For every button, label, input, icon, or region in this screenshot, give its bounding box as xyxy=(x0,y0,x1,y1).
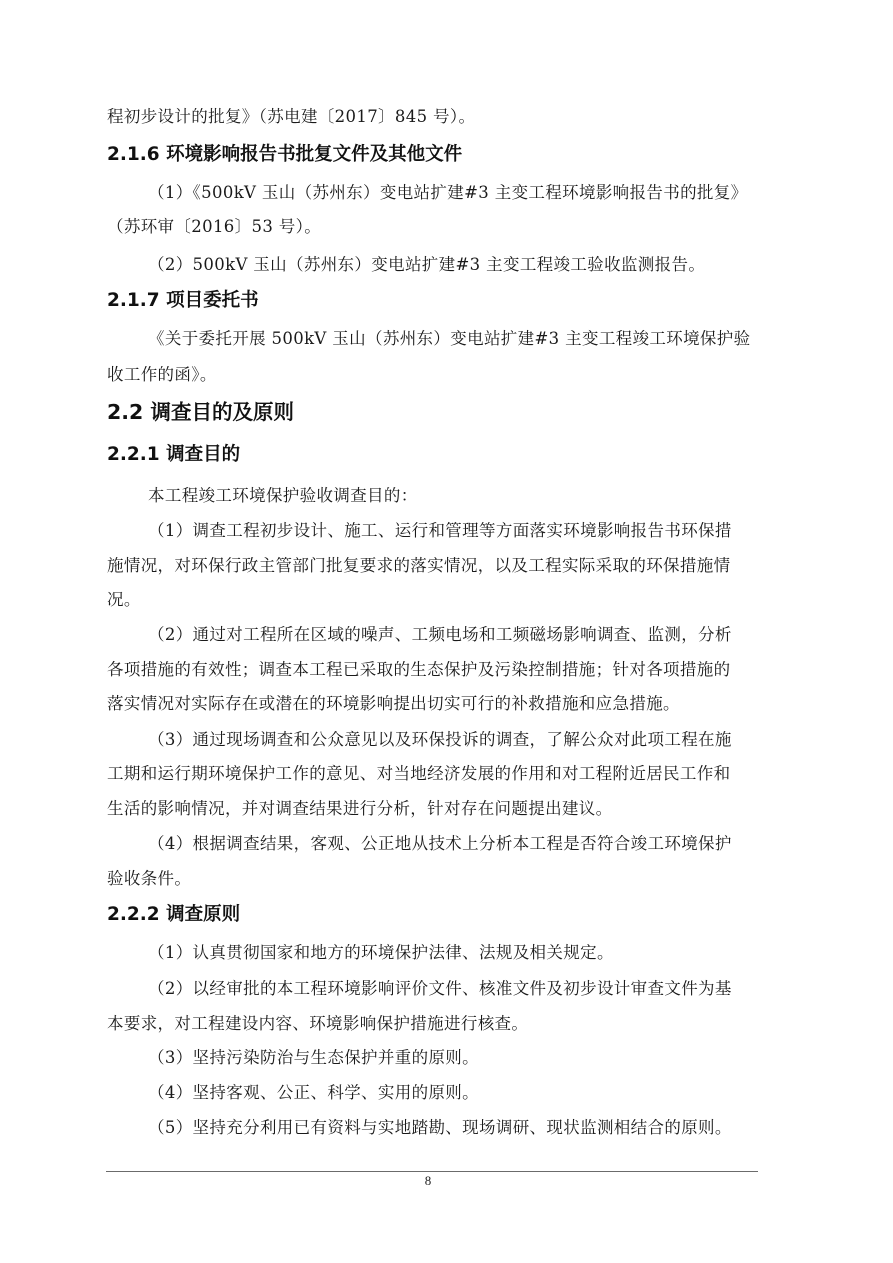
page-number: 8 xyxy=(420,1173,436,1189)
list-item-continuation: 各项措施的有效性；调查本工程已采取的生态保护及污染控制措施；针对各项措施的 xyxy=(107,659,772,681)
list-item: （2）通过对工程所在区域的噪声、工频电场和工频磁场影响调查、监测，分析 xyxy=(148,624,772,646)
list-item: （2）以经审批的本工程环境影响评价文件、核准文件及初步设计审查文件为基 xyxy=(148,978,772,1000)
list-item: （2）500kV 玉山（苏州东）变电站扩建#3 主变工程竣工验收监测报告。 xyxy=(148,254,772,276)
heading-2-1-7: 2.1.7 项目委托书 xyxy=(107,289,259,313)
list-item: （1）认真贯彻国家和地方的环境保护法律、法规及相关规定。 xyxy=(148,942,772,964)
list-item-continuation: 本要求，对工程建设内容、环境影响保护措施进行核查。 xyxy=(107,1013,772,1035)
list-item: （1）调查工程初步设计、施工、运行和管理等方面落实环境影响报告书环保措 xyxy=(148,520,772,542)
paragraph: 《关于委托开展 500kV 玉山（苏州东）变电站扩建#3 主变工程竣工环境保护验 xyxy=(148,328,772,350)
list-item-continuation: 验收条件。 xyxy=(107,868,772,890)
intro-text: 本工程竣工环境保护验收调查目的： xyxy=(148,485,772,507)
list-item: （4）根据调查结果，客观、公正地从技术上分析本工程是否符合竣工环境保护 xyxy=(148,833,772,855)
list-item: （3）通过现场调查和公众意见以及环保投诉的调查，了解公众对此项工程在施 xyxy=(148,729,772,751)
footer-divider xyxy=(106,1171,758,1172)
document-page: 程初步设计的批复》（苏电建〔2017〕845 号）。 2.1.6 环境影响报告书… xyxy=(0,0,893,1263)
list-item-continuation: 施情况，对环保行政主管部门批复要求的落实情况，以及工程实际采取的环保措施情 xyxy=(107,555,772,577)
list-item: （3）坚持污染防治与生态保护并重的原则。 xyxy=(148,1047,772,1069)
list-item: （4）坚持客观、公正、科学、实用的原则。 xyxy=(148,1082,772,1104)
list-item-continuation: 落实情况对实际存在或潜在的环境影响提出切实可行的补救措施和应急措施。 xyxy=(107,693,772,715)
heading-2-2-1: 2.2.1 调查目的 xyxy=(107,443,240,467)
heading-2-2: 2.2 调查目的及原则 xyxy=(107,399,294,425)
paragraph-continuation: 收工作的函》。 xyxy=(107,364,772,386)
list-item: （1）《500kV 玉山（苏州东）变电站扩建#3 主变工程环境影响报告书的批复》 xyxy=(148,182,772,204)
continuation-line: 程初步设计的批复》（苏电建〔2017〕845 号）。 xyxy=(107,106,772,128)
list-item-continuation: 工期和运行期环境保护工作的意见、对当地经济发展的作用和对工程附近居民工作和 xyxy=(107,763,772,785)
heading-2-1-6: 2.1.6 环境影响报告书批复文件及其他文件 xyxy=(107,143,462,167)
list-item-continuation: （苏环审〔2016〕53 号）。 xyxy=(107,216,772,238)
list-item-continuation: 况。 xyxy=(107,589,772,611)
list-item-continuation: 生活的影响情况，并对调查结果进行分析，针对存在问题提出建议。 xyxy=(107,798,772,820)
heading-2-2-2: 2.2.2 调查原则 xyxy=(107,903,240,927)
list-item: （5）坚持充分利用已有资料与实地踏勘、现场调研、现状监测相结合的原则。 xyxy=(148,1117,772,1139)
